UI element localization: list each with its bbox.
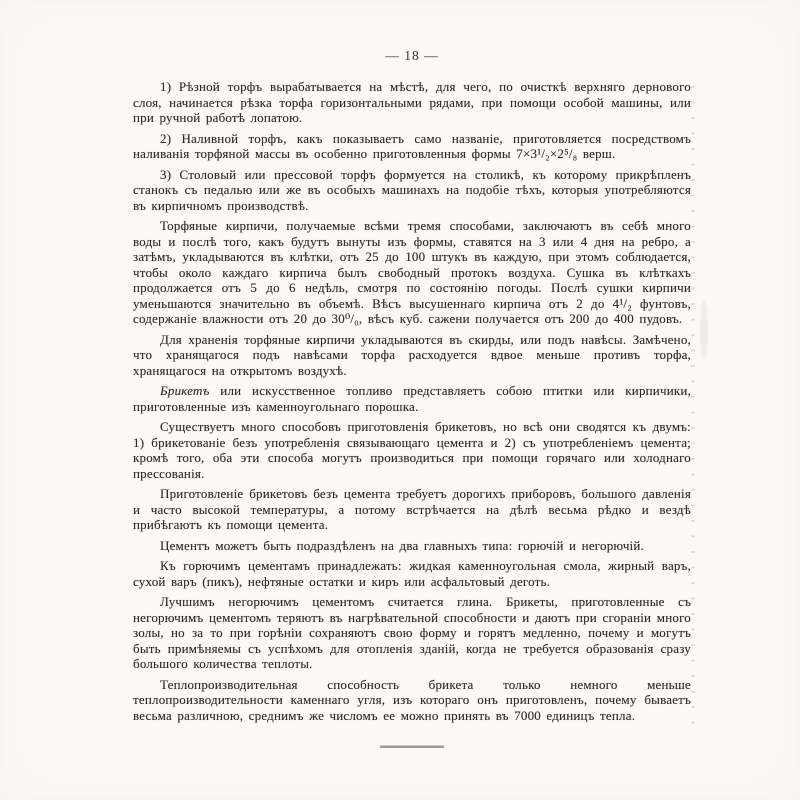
scan-artifact	[700, 300, 708, 360]
paragraph-lead-italic: Брикетъ	[160, 383, 220, 398]
paragraph: 2) Наливной торфъ, какъ показываетъ само…	[133, 131, 691, 162]
paragraph: Лучшимъ негорючимъ цементомъ считается г…	[133, 594, 691, 672]
page-number-header: — 18 —	[133, 48, 691, 64]
paragraph: 1) Рѣзной торфъ вырабатывается на мѣстѣ,…	[133, 79, 691, 126]
text-block: 1) Рѣзной торфъ вырабатывается на мѣстѣ,…	[133, 79, 691, 728]
paragraph: Для храненія торфяные кирпичи укладывают…	[133, 332, 691, 379]
paragraph: Теплопроизводительная способность брикет…	[133, 677, 691, 724]
paragraph: Брикетъ или искусственное топливо предст…	[133, 383, 691, 414]
scanned-book-page: — 18 — 1) Рѣзной торфъ вырабатывается на…	[0, 0, 800, 800]
paragraph-text: Къ горючимъ цементамъ принадлежать: жидк…	[133, 558, 691, 589]
paragraph-text: Приготовленіе брикетовъ безъ цемента тре…	[133, 486, 691, 532]
paragraph-text: Существуетъ много способовъ приготовлені…	[133, 419, 691, 481]
paragraph-text: Цементъ можетъ быть подраздѣленъ на два …	[160, 538, 644, 553]
paragraph: Къ горючимъ цементамъ принадлежать: жидк…	[133, 558, 691, 589]
paragraph-text: Теплопроизводительная способность брикет…	[133, 677, 691, 723]
scan-artifact	[691, 86, 695, 734]
paragraph: Существуетъ много способовъ приготовлені…	[133, 419, 691, 481]
paragraph-text: Лучшимъ негорючимъ цементомъ считается г…	[133, 594, 691, 671]
paragraph-text: 2) Наливной торфъ, какъ показываетъ само…	[133, 131, 691, 162]
paragraph-text: 1) Рѣзной торфъ вырабатывается на мѣстѣ,…	[133, 79, 691, 125]
paragraph-text: Для храненія торфяные кирпичи укладывают…	[133, 332, 691, 378]
paragraph: 3) Столовый или прессовой торфъ формуетс…	[133, 167, 691, 214]
paragraph: Цементъ можетъ быть подраздѣленъ на два …	[133, 538, 691, 554]
paragraph-text: Торфяные кирпичи, получаемые всѣми тремя…	[133, 218, 691, 326]
paragraph-text: 3) Столовый или прессовой торфъ формуетс…	[133, 167, 691, 213]
paragraph: Торфяные кирпичи, получаемые всѣми тремя…	[133, 218, 691, 327]
section-divider	[380, 746, 444, 748]
paragraph: Приготовленіе брикетовъ безъ цемента тре…	[133, 486, 691, 533]
